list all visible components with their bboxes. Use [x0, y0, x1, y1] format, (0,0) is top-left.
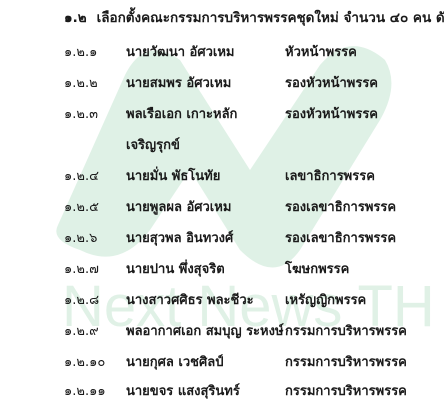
section-number: ๑.๒ [64, 10, 87, 26]
section-title: เลือกตั้งคณะกรรมการบริหารพรรคชุดใหม่ จำน… [97, 10, 444, 26]
member-role: รองเลขาธิการพรรค [285, 227, 396, 248]
member-name: พลเรือเอก เกาะหลัก [126, 103, 237, 124]
member-number: ๑.๒.๗ [64, 258, 126, 279]
member-row: ๑.๒.๑๐นายกุศล เวชศิลป์ [64, 351, 223, 372]
member-number: ๑.๒.๑ [64, 41, 126, 62]
member-row: ๑.๒.๑นายวัฒนา อัศวเหม [64, 41, 235, 62]
member-name: นายขจร แสงสุรินทร์ [126, 380, 240, 399]
member-name: พลอากาศเอก สมบุญ ระหงษ์ [126, 320, 284, 341]
member-number: ๑.๒.๔ [64, 165, 126, 186]
member-number: ๑.๒.๒ [64, 72, 126, 93]
member-number: ๑.๒.๑๑ [64, 380, 126, 399]
member-role: เหรัญญิกพรรค [285, 289, 366, 310]
member-name: นายวัฒนา อัศวเหม [126, 41, 235, 62]
member-row: ๑.๒.๙พลอากาศเอก สมบุญ ระหงษ์ [64, 320, 284, 341]
member-number: ๑.๒.๓ [64, 103, 126, 124]
member-role: โฆษกพรรค [285, 258, 349, 279]
member-row: ๑.๒.๓พลเรือเอก เกาะหลัก [64, 103, 237, 124]
member-name: นางสาวศศิธร พละชีวะ [126, 289, 254, 310]
member-number: ๑.๒.๖ [64, 227, 126, 248]
member-name: นายมั่น พัธโนทัย [126, 165, 220, 186]
member-number: ๑.๒.๑๐ [64, 351, 126, 372]
member-name: นายกุศล เวชศิลป์ [126, 351, 223, 372]
document-body: ๑.๒เลือกตั้งคณะกรรมการบริหารพรรคชุดใหม่ … [0, 0, 444, 399]
member-name: นายพูลผล อัศวเหม [126, 196, 231, 217]
member-role: กรรมการบริหารพรรค [285, 380, 407, 399]
member-number: ๑.๒.๘ [64, 289, 126, 310]
member-row: ๑.๒.๕นายพูลผล อัศวเหม [64, 196, 231, 217]
member-role: รองหัวหน้าพรรค [285, 72, 378, 93]
member-name: นายสุวพล อินทวงศ์ [126, 227, 233, 248]
member-row: ๑.๒.๖นายสุวพล อินทวงศ์ [64, 227, 233, 248]
member-row: ๑.๒.๑๑นายขจร แสงสุรินทร์ [64, 380, 240, 399]
member-number: ๑.๒.๕ [64, 196, 126, 217]
member-name: นายปาน พึ่งสุจริต [126, 258, 225, 279]
member-row: ๑.๒.๔นายมั่น พัธโนทัย [64, 165, 220, 186]
member-role: กรรมการบริหารพรรค [285, 320, 407, 341]
member-row: ๑.๒.๘นางสาวศศิธร พละชีวะ [64, 289, 254, 310]
member-number: ๑.๒.๙ [64, 320, 126, 341]
member-name-continuation: เจริญรุกข์ [126, 134, 180, 155]
member-role: หัวหน้าพรรค [285, 41, 357, 62]
member-name: นายสมพร อัศวเหม [126, 72, 231, 93]
section-heading: ๑.๒เลือกตั้งคณะกรรมการบริหารพรรคชุดใหม่ … [64, 6, 444, 28]
member-row: ๑.๒.๗นายปาน พึ่งสุจริต [64, 258, 225, 279]
member-role: กรรมการบริหารพรรค [285, 351, 407, 372]
member-row: ๑.๒.๒นายสมพร อัศวเหม [64, 72, 231, 93]
member-role: รองหัวหน้าพรรค [285, 103, 378, 124]
member-role: เลขาธิการพรรค [285, 165, 375, 186]
member-role: รองเลขาธิการพรรค [285, 196, 396, 217]
